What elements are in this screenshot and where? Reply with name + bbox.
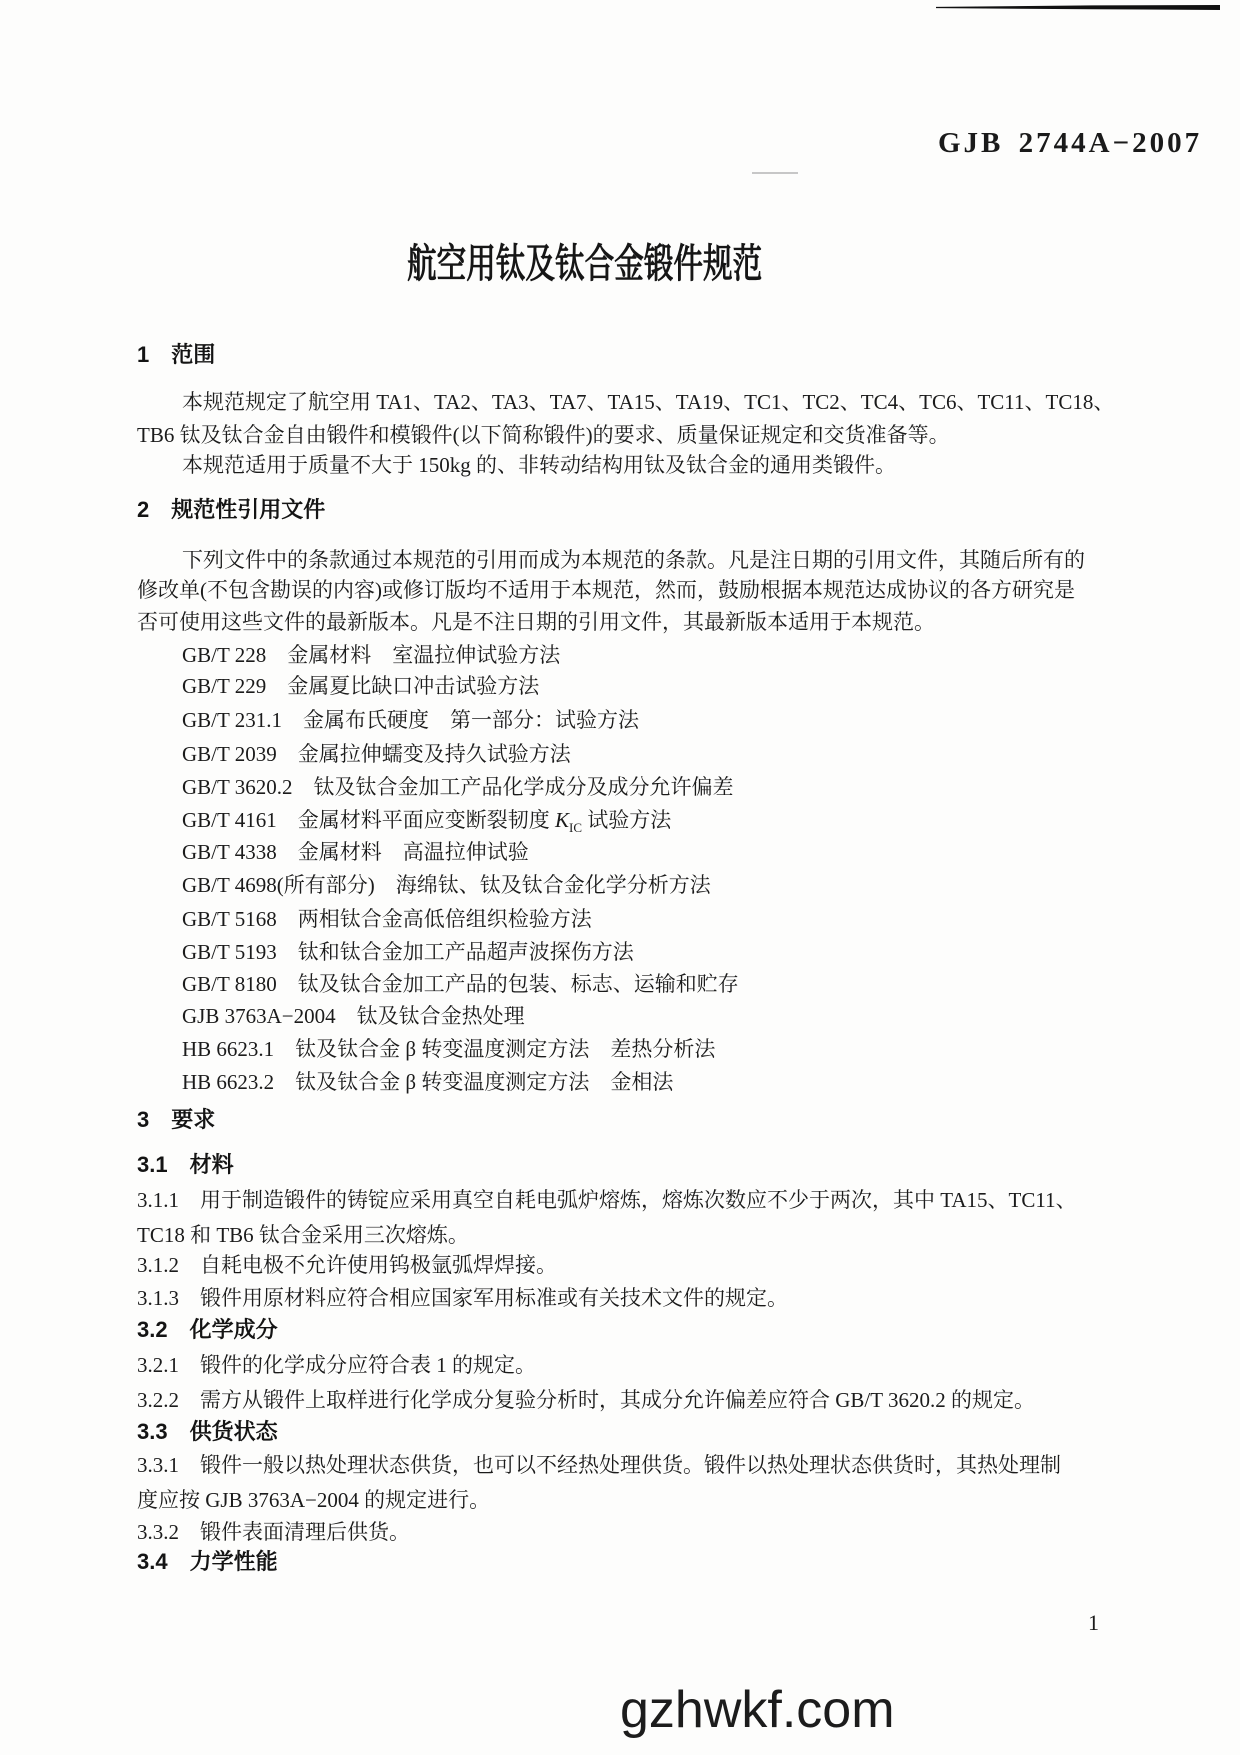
reference-gbt231-1: GB/T 231.1 金属布氏硬度 第一部分：试验方法	[182, 707, 639, 733]
section1-para2-line1: 本规范适用于质量不大于 150kg 的、非转动结构用钛及钛合金的通用类锻件。	[182, 452, 896, 478]
clause-331-line2: 度应按 GJB 3763A−2004 的规定进行。	[137, 1487, 490, 1513]
reference-gbt3620-2: GB/T 3620.2 钛及钛合金加工产品化学成分及成分允许偏差	[182, 774, 733, 800]
reference-gbt5193: GB/T 5193 钛和钛合金加工产品超声波探伤方法	[182, 939, 634, 965]
clause-322: 3.2.2 需方从锻件上取样进行化学成分复验分析时，其成分允许偏差应符合 GB/…	[137, 1387, 1035, 1413]
document-page: GJB 2744A−2007 航空用钛及钛合金锻件规范 1 范围 本规范规定了航…	[0, 0, 1240, 1755]
section2-heading: 2 规范性引用文件	[137, 497, 325, 523]
doc-code: GJB 2744A−2007	[938, 127, 1202, 160]
clause-312: 3.1.2 自耗电极不允许使用钨极氩弧焊焊接。	[137, 1252, 557, 1278]
section2-para-line3: 否可使用这些文件的最新版本。凡是不注日期的引用文件，其最新版本适用于本规范。	[137, 609, 935, 635]
section2-para-line1: 下列文件中的条款通过本规范的引用而成为本规范的条款。凡是注日期的引用文件，其随后…	[182, 547, 1085, 573]
clause-321: 3.2.1 锻件的化学成分应符合表 1 的规定。	[137, 1352, 536, 1378]
watermark: gzhwkf.com	[620, 1680, 895, 1740]
scan-topline-artifact	[936, 5, 1220, 10]
scan-foldmark-artifact	[752, 172, 798, 174]
kic-subscript: IC	[569, 820, 582, 835]
reference-gbt4698: GB/T 4698(所有部分) 海绵钛、钛及钛合金化学分析方法	[182, 872, 711, 898]
reference-gbt4161: GB/T 4161 金属材料平面应变断裂韧度 KIC 试验方法	[182, 807, 671, 841]
section32-heading: 3.2 化学成分	[137, 1317, 278, 1343]
section34-heading: 3.4 力学性能	[137, 1549, 278, 1575]
clause-331-line1: 3.3.1 锻件一般以热处理状态供货，也可以不经热处理供货。锻件以热处理状态供货…	[137, 1452, 1061, 1478]
reference-gbt2039: GB/T 2039 金属拉伸蠕变及持久试验方法	[182, 741, 571, 767]
section2-para-line2: 修改单(不包含勘误的内容)或修订版均不适用于本规范，然而，鼓励根据本规范达成协议…	[137, 577, 1075, 603]
reference-gbt228: GB/T 228 金属材料 室温拉伸试验方法	[182, 642, 560, 668]
section31-heading: 3.1 材料	[137, 1152, 234, 1178]
section1-para1-line2: TB6 钛及钛合金自由锻件和模锻件(以下简称锻件)的要求、质量保证规定和交货准备…	[137, 422, 950, 448]
section1-heading: 1 范围	[137, 342, 215, 368]
reference-gjb3763a: GJB 3763A−2004 钛及钛合金热处理	[182, 1003, 525, 1029]
kic-symbol: K	[555, 808, 569, 832]
section33-heading: 3.3 供货状态	[137, 1419, 278, 1445]
reference-gbt8180: GB/T 8180 钛及钛合金加工产品的包装、标志、运输和贮存	[182, 971, 739, 997]
reference-text: GB/T 4161 金属材料平面应变断裂韧度	[182, 808, 555, 832]
clause-311-line2: TC18 和 TB6 钛合金采用三次熔炼。	[137, 1222, 469, 1248]
clause-313: 3.1.3 锻件用原材料应符合相应国家军用标准或有关技术文件的规定。	[137, 1285, 788, 1311]
doc-title: 航空用钛及钛合金锻件规范	[407, 232, 762, 289]
section1-para1-line1: 本规范规定了航空用 TA1、TA2、TA3、TA7、TA15、TA19、TC1、…	[182, 389, 1114, 415]
reference-gbt5168: GB/T 5168 两相钛合金高低倍组织检验方法	[182, 906, 592, 932]
reference-hb6623-2: HB 6623.2 钛及钛合金 β 转变温度测定方法 金相法	[182, 1069, 673, 1095]
reference-gbt4338: GB/T 4338 金属材料 高温拉伸试验	[182, 839, 529, 865]
reference-text: 试验方法	[582, 808, 671, 832]
clause-311-line1: 3.1.1 用于制造锻件的铸锭应采用真空自耗电弧炉熔炼，熔炼次数应不少于两次，其…	[137, 1187, 1077, 1213]
reference-hb6623-1: HB 6623.1 钛及钛合金 β 转变温度测定方法 差热分析法	[182, 1036, 715, 1062]
clause-332: 3.3.2 锻件表面清理后供货。	[137, 1519, 410, 1545]
section3-heading: 3 要求	[137, 1107, 215, 1133]
page-number: 1	[1088, 1610, 1099, 1636]
reference-gbt229: GB/T 229 金属夏比缺口冲击试验方法	[182, 673, 539, 699]
